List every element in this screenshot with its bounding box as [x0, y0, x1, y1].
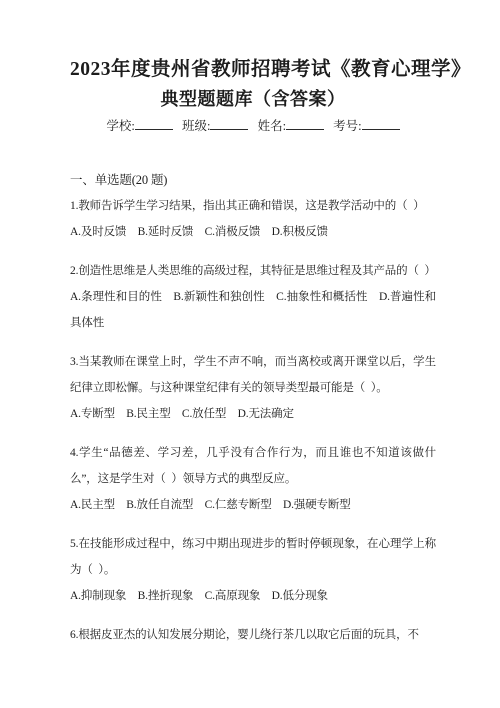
question-stem: 1.教师告诉学生学习结果，指出其正确和错误，这是教学活动中的（ ） — [70, 193, 436, 219]
student-info-line: 学校: 班级: 姓名: 考号: — [70, 115, 436, 137]
question-stem: 3.当某教师在课堂上时，学生不声不响，而当离校或离开课堂以后，学生纪律立即松懈。… — [70, 349, 436, 401]
info-field: 考号: — [333, 119, 399, 133]
question-block: 1.教师告诉学生学习结果，指出其正确和错误，这是教学活动中的（ ） A.及时反馈… — [70, 193, 436, 245]
info-field: 班级: — [182, 119, 248, 133]
question-stem: 2.创造性思维是人类思维的高级过程，其特征是思维过程及其产品的（ ） — [70, 258, 436, 284]
info-field: 姓名: — [258, 119, 324, 133]
info-field-blank-line — [135, 117, 173, 130]
question-block: 5.在技能形成过程中，练习中期出现进步的暂时停顿现象，在心理学上称为（ ）。 A… — [70, 531, 436, 609]
question-stem: 5.在技能形成过程中，练习中期出现进步的暂时停顿现象，在心理学上称为（ ）。 — [70, 531, 436, 583]
question-block: 3.当某教师在课堂上时，学生不声不响，而当离校或离开课堂以后，学生纪律立即松懈。… — [70, 349, 436, 427]
question-options: A.条理性和目的性 B.新颖性和独创性 C.抽象性和概括性 D.普遍性和具体性 — [70, 284, 436, 336]
document-title-line1: 2023年度贵州省教师招聘考试《教育心理学》 — [70, 55, 436, 85]
info-field-blank-line — [286, 117, 324, 130]
question-options: A.民主型 B.放任自流型 C.仁慈专断型 D.强硬专断型 — [70, 492, 436, 518]
question-list: 1.教师告诉学生学习结果，指出其正确和错误，这是教学活动中的（ ） A.及时反馈… — [70, 193, 436, 648]
question-options: A.专断型 B.民主型 C.放任型 D.无法确定 — [70, 401, 436, 427]
document-title-line2: 典型题题库（含答案） — [70, 85, 436, 113]
info-field-blank-line — [362, 117, 400, 130]
info-field-blank-line — [210, 117, 248, 130]
question-stem: 6.根据皮亚杰的认知发展分期论，婴儿绕行茶几以取它后面的玩具，不 — [70, 622, 436, 648]
info-field-label: 姓名: — [258, 119, 286, 133]
info-field-label: 学校: — [106, 119, 134, 133]
question-options: A.及时反馈 B.延时反馈 C.消极反馈 D.积极反馈 — [70, 219, 436, 245]
question-block: 4.学生“品德差、学习差，几乎没有合作行为，而且谁也不知道该做什么”，这是学生对… — [70, 440, 436, 518]
info-field-label: 考号: — [333, 119, 361, 133]
question-stem: 4.学生“品德差、学习差，几乎没有合作行为，而且谁也不知道该做什么”，这是学生对… — [70, 440, 436, 492]
question-options: A.抑制现象 B.挫折现象 C.高原现象 D.低分现象 — [70, 583, 436, 609]
info-field-label: 班级: — [182, 119, 210, 133]
document-page: 2023年度贵州省教师招聘考试《教育心理学》 典型题题库（含答案） 学校: 班级… — [0, 0, 500, 708]
section-header: 一、单选题(20 题) — [70, 167, 436, 193]
info-field: 学校: — [106, 119, 172, 133]
question-block: 2.创造性思维是人类思维的高级过程，其特征是思维过程及其产品的（ ） A.条理性… — [70, 258, 436, 336]
question-block: 6.根据皮亚杰的认知发展分期论，婴儿绕行茶几以取它后面的玩具，不 — [70, 622, 436, 648]
